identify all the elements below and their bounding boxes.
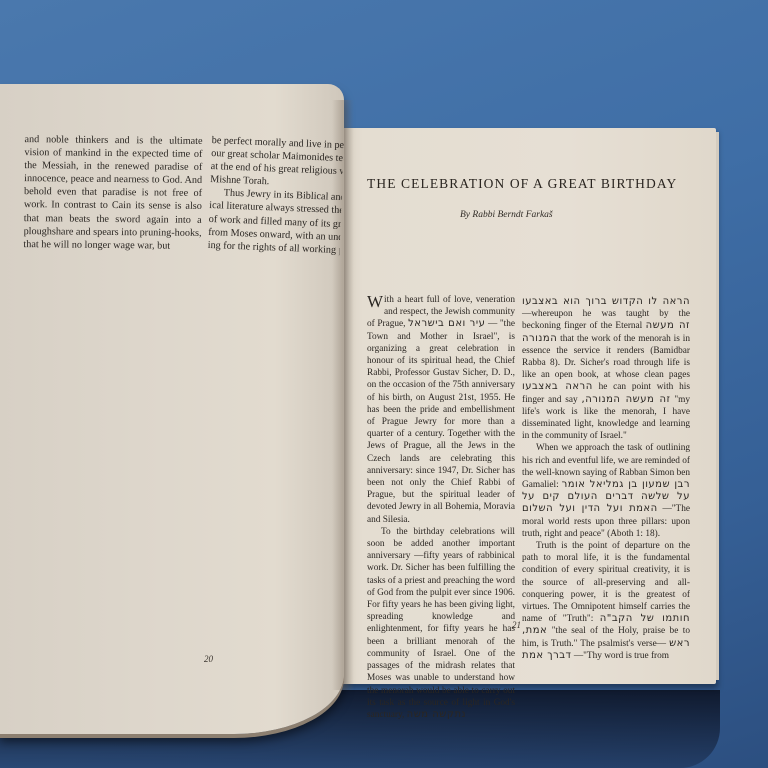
paragraph: To the birthday celebrations will soon b… — [367, 526, 515, 721]
hebrew-text: הראה לו הקדוש ברוך הוא באצבעו — [522, 296, 690, 307]
hebrew-text: נתקשה משה — [407, 709, 466, 720]
left-page-number: 20 — [204, 654, 213, 664]
left-page-column-1: and noble thinkers and is the ultimate v… — [23, 133, 202, 253]
paragraph: When we approach the task of outlining h… — [522, 442, 690, 540]
paragraph: With a heart full of love, veneration an… — [367, 294, 515, 526]
drop-cap: W — [367, 294, 383, 309]
article-title: THE CELEBRATION OF A GREAT BIRTHDAY — [367, 176, 667, 192]
paragraph: Truth is the point of departure on the p… — [522, 540, 690, 662]
text-run: — "the Town and Mother in Israel", is or… — [367, 319, 515, 524]
right-page-column-2: הראה לו הקדוש ברוך הוא באצבעו —whereupon… — [522, 296, 690, 662]
paragraph: הראה לו הקדוש ברוך הוא באצבעו —whereupon… — [522, 296, 690, 442]
right-page-number: 21 — [512, 620, 521, 630]
hebrew-text: זה מעשה המנורה, — [582, 394, 671, 405]
left-paragraph: and noble thinkers and is the ultimate v… — [23, 133, 202, 253]
text-run: Truth is the point of departure on the p… — [522, 541, 690, 624]
hebrew-text: הראה באצבעו — [522, 381, 593, 392]
article-byline: By Rabbi Berndt Farkaš — [460, 210, 553, 220]
right-page-column-1: With a heart full of love, veneration an… — [367, 294, 515, 721]
text-run: "the seal of the Holy, praise be to him,… — [522, 626, 690, 648]
text-run: To the birthday celebrations will soon b… — [367, 527, 515, 720]
hebrew-text: עיר ואם בישראל — [408, 318, 485, 329]
left-page-column-2: be perfect morally and live in peace, a … — [207, 134, 343, 257]
text-run: —"Thy word is true from — [574, 651, 669, 661]
